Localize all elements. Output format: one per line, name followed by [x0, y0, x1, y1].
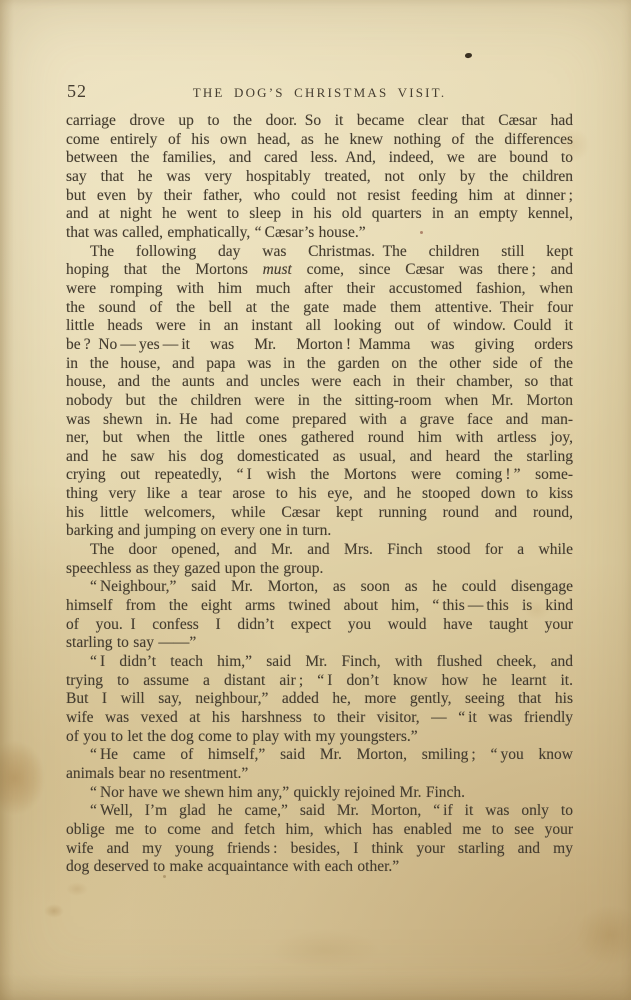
text-line: crying out repeatedly, “ I wish the Mort… — [66, 466, 573, 485]
text-line: and at night he went to sleep in his old… — [66, 205, 573, 224]
text-line: his little welcomers, while Cæsar kept r… — [66, 504, 573, 523]
text-line: little heads were in an instant all look… — [66, 317, 573, 336]
text-line: dog deserved to make acquaintance with e… — [66, 858, 573, 877]
text-line: wife was vexed at his harshness to their… — [66, 709, 573, 728]
text-line: speechless as they gazed upon the group. — [66, 560, 573, 579]
text-line: in the house, and papa was in the garden… — [66, 355, 573, 374]
text-line: “ I didn’t teach him,” said Mr. Finch, w… — [66, 653, 573, 672]
page-edge-shading-left — [0, 0, 14, 1000]
text-line: nobody but the children were in the sitt… — [66, 392, 573, 411]
text-line: “ Well, I’m glad he came,” said Mr. Mort… — [66, 802, 573, 821]
ink-dot — [465, 52, 473, 58]
text-block: carriage drove up to the door. So it bec… — [66, 112, 573, 877]
text-line: and he saw his dog domesticated as usual… — [66, 448, 573, 467]
text-line: trying to assume a distant air ; “ I don… — [66, 672, 573, 691]
stain-bottom-center — [270, 930, 380, 970]
text-line: be ? No — yes — it was Mr. Morton ! Mamm… — [66, 336, 573, 355]
text-line: But I will say, neighbour,” added he, mo… — [66, 690, 573, 709]
text-line: The following day was Christmas. The chi… — [66, 243, 573, 262]
text-line: between the families, and cared less. An… — [66, 149, 573, 168]
stain-left-edge — [0, 742, 44, 814]
text-line: but even by their father, who could not … — [66, 187, 573, 206]
text-line: thing very like a tear arose to his eye,… — [66, 485, 573, 504]
text-line: ner, but when the little ones gathered r… — [66, 429, 573, 448]
text-line: “ Neighbour,” said Mr. Morton, as soon a… — [66, 578, 573, 597]
text-line: was shewn in. He had come prepared with … — [66, 411, 573, 430]
text-line: of you. I confess I didn’t expect you wo… — [66, 616, 573, 635]
text-line: “ He came of himself,” said Mr. Morton, … — [66, 746, 573, 765]
text-line: that was called, emphatically, “ Cæsar’s… — [66, 224, 573, 243]
stain-bottom-right — [575, 905, 631, 965]
text-line: house, and the aunts and uncles were eac… — [66, 373, 573, 392]
text-line: hoping that the Mortons must come, since… — [66, 261, 573, 280]
text-line: animals bear no resentment.” — [66, 765, 573, 784]
text-line: were romping with him much after their a… — [66, 280, 573, 299]
text-line: of you to let the dog come to play with … — [66, 728, 573, 747]
text-line: The door opened, and Mr. and Mrs. Finch … — [66, 541, 573, 560]
text-line: carriage drove up to the door. So it bec… — [66, 112, 573, 131]
text-line: wife and my young friends : besides, I t… — [66, 840, 573, 859]
text-line: come entirely of his own head, as he kne… — [66, 131, 573, 150]
book-page: 52 THE DOG’S CHRISTMAS VISIT. carriage d… — [0, 0, 631, 1000]
running-title: THE DOG’S CHRISTMAS VISIT. — [66, 85, 573, 101]
text-line: starling to say ——” — [66, 634, 573, 653]
page-edge-shading-bottom — [0, 974, 631, 1000]
stain-bottom-left — [44, 904, 64, 918]
text-line: barking and jumping on every one in turn… — [66, 522, 573, 541]
stain-bottom-left-2 — [66, 882, 88, 896]
text-line: oblige me to come and fetch him, which h… — [66, 821, 573, 840]
text-line: the sound of the bell at the gate made t… — [66, 299, 573, 318]
text-line: “ Nor have we shewn him any,” quickly re… — [66, 784, 573, 803]
text-line: say that he was very hospitably treated,… — [66, 168, 573, 187]
text-line: himself from the eight arms twined about… — [66, 597, 573, 616]
